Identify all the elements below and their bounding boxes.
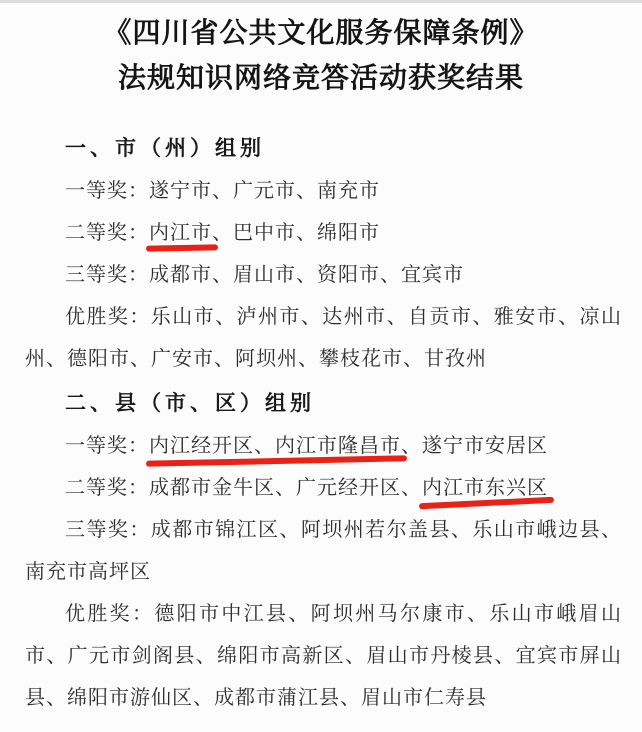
award-group-1: 一、市（州）组别一等奖：遂宁市、广元市、南充市二等奖：内江市、巴中市、绵阳市三等… (25, 128, 622, 380)
award-text: 优胜奖：乐山市、泸州市、达州市、自贡市、雅安市、凉山州、德阳市、广安市、阿坝州、… (25, 306, 622, 370)
document-title-line-1: 《四川省公共文化服务保障条例》 (0, 11, 642, 56)
award-text: 一等奖： (65, 435, 149, 457)
award-text: 、巴中市、绵阳市 (212, 222, 380, 244)
group-heading: 二、县（市、区）组别 (65, 383, 622, 425)
award-text: 一等奖：遂宁市、广元市、南充市 (65, 180, 380, 202)
red-underlined-text: 内江经开区、内江市隆昌市 (149, 435, 401, 457)
award-row: 一等奖：内江经开区、内江市隆昌市、遂宁市安居区 (25, 425, 622, 467)
award-text: 优胜奖：德阳市中江县、阿坝州马尔康市、乐山市峨眉山市、广元市剑阁县、绵阳市高新区… (25, 603, 622, 709)
award-row: 优胜奖：德阳市中江县、阿坝州马尔康市、乐山市峨眉山市、广元市剑阁县、绵阳市高新区… (25, 593, 622, 719)
document-page: 《四川省公共文化服务保障条例》 法规知识网络竞答活动获奖结果 一、市（州）组别一… (0, 0, 642, 732)
award-text: 二等奖：成都市金牛区、广元经开区、 (65, 477, 422, 499)
award-row: 三等奖：成都市、眉山市、资阳市、宜宾市 (25, 254, 622, 296)
red-underlined-text: 内江市东兴区 (422, 477, 548, 499)
award-row: 优胜奖：乐山市、泸州市、达州市、自贡市、雅安市、凉山州、德阳市、广安市、阿坝州、… (25, 296, 622, 380)
red-underlined-text: 内江市 (149, 222, 212, 244)
document-title-line-2: 法规知识网络竞答活动获奖结果 (0, 56, 642, 101)
award-group-2: 二、县（市、区）组别一等奖：内江经开区、内江市隆昌市、遂宁市安居区二等奖：成都市… (25, 383, 622, 719)
award-row: 一等奖：遂宁市、广元市、南充市 (25, 170, 622, 212)
document-body: 一、市（州）组别一等奖：遂宁市、广元市、南充市二等奖：内江市、巴中市、绵阳市三等… (0, 128, 642, 719)
award-text: 、遂宁市安居区 (401, 435, 548, 457)
award-text: 二等奖： (65, 222, 149, 244)
group-heading: 一、市（州）组别 (65, 128, 622, 170)
award-row: 二等奖：内江市、巴中市、绵阳市 (25, 212, 622, 254)
award-text: 三等奖：成都市锦江区、阿坝州若尔盖县、乐山市峨边县、南充市高坪区 (25, 519, 622, 583)
red-underline-mark (146, 455, 407, 466)
award-text: 三等奖：成都市、眉山市、资阳市、宜宾市 (65, 264, 464, 286)
red-underline-mark (146, 244, 218, 251)
document-title: 《四川省公共文化服务保障条例》 法规知识网络竞答活动获奖结果 (0, 3, 642, 101)
award-row: 二等奖：成都市金牛区、广元经开区、内江市东兴区 (25, 467, 622, 509)
award-row: 三等奖：成都市锦江区、阿坝州若尔盖县、乐山市峨边县、南充市高坪区 (25, 509, 622, 593)
red-underline-mark (419, 497, 554, 510)
